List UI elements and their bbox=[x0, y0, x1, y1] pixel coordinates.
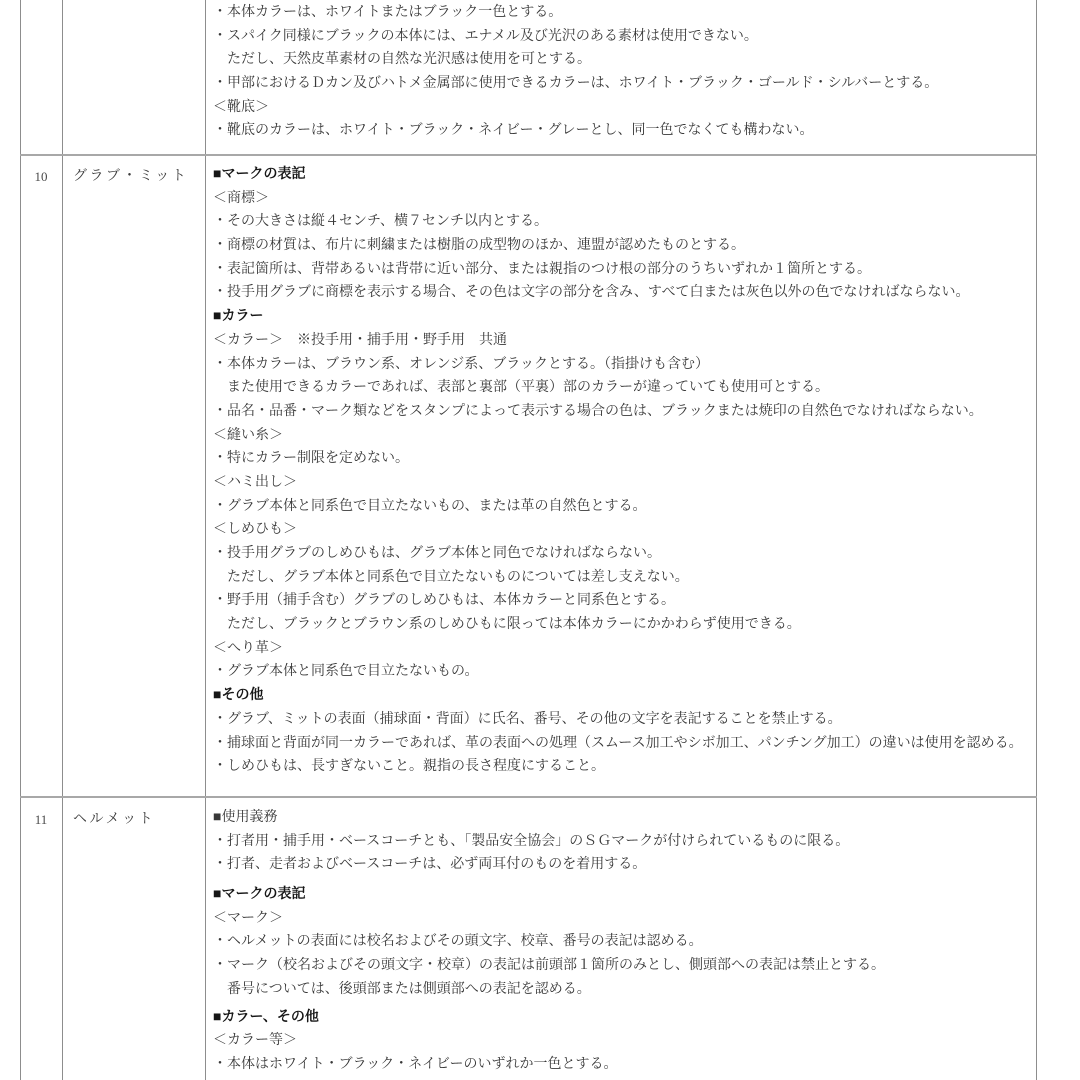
content-line: ＜縫い糸＞ bbox=[213, 424, 1035, 448]
content-line: ・商標の材質は、布片に刺繍または樹脂の成型物のほか、連盟が認めたものとする。 bbox=[213, 234, 1035, 258]
row-content: ・本体カラーは、ホワイトまたはブラック一色とする。・スパイク同様にブラックの本体… bbox=[213, 1, 1035, 143]
table-row-divider-top bbox=[20, 154, 1037, 156]
content-line: ＜商標＞ bbox=[213, 187, 1035, 211]
content-line: ■マークの表記 bbox=[213, 163, 1035, 187]
content-line: ただし、グラブ本体と同系色で目立たないものについては差し支えない。 bbox=[213, 566, 1035, 590]
content-line: ■その他 bbox=[213, 684, 1035, 708]
row-number: 11 bbox=[20, 808, 62, 832]
content-line: ＜カラー等＞ bbox=[213, 1029, 1035, 1053]
content-line: ＜へり革＞ bbox=[213, 637, 1035, 661]
content-line: ・グラブ、ミットの表面（捕球面・背面）に氏名、番号、その他の文字を表記することを… bbox=[213, 708, 1035, 732]
content-line: ・マーク（校名およびその頭文字・校章）の表記は前頭部１箇所のみとし、側頭部への表… bbox=[213, 954, 1035, 978]
row-item-name: ヘルメット bbox=[73, 808, 201, 832]
content-line: ・投手用グラブに商標を表示する場合、その色は文字の部分を含み、すべて白または灰色… bbox=[213, 281, 1035, 305]
content-line: ＜マーク＞ bbox=[213, 907, 1035, 931]
content-line: ・本体カラーは、ホワイトまたはブラック一色とする。 bbox=[213, 1, 1035, 25]
row-content: ■使用義務・打者用・捕手用・ベースコーチとも、「製品安全協会」のＳＧマークが付け… bbox=[213, 806, 1035, 1077]
content-line: 番号については、後頭部または側頭部への表記を認める。 bbox=[213, 978, 1035, 1002]
row-content: ■マークの表記＜商標＞・その大きさは縦４センチ、横７センチ以内とする。・商標の材… bbox=[213, 163, 1035, 779]
content-line: ・その大きさは縦４センチ、横７センチ以内とする。 bbox=[213, 210, 1035, 234]
content-line: ・本体はホワイト・ブラック・ネイビーのいずれか一色とする。 bbox=[213, 1053, 1035, 1077]
content-line: ・表記箇所は、背帯あるいは背帯に近い部分、または親指のつけ根の部分のうちいずれか… bbox=[213, 258, 1035, 282]
content-line: ・打者、走者およびベースコーチは、必ず両耳付のものを着用する。 bbox=[213, 853, 1035, 877]
content-line: ・特にカラー制限を定めない。 bbox=[213, 447, 1035, 471]
content-line: ＜カラー＞ ※投手用・捕手用・野手用 共通 bbox=[213, 329, 1035, 353]
content-line: ■カラー bbox=[213, 305, 1035, 329]
content-line: ＜ハミ出し＞ bbox=[213, 471, 1035, 495]
table-row-divider-bottom bbox=[20, 796, 1037, 798]
content-line: ただし、ブラックとブラウン系のしめひもに限っては本体カラーにかかわらず使用できる… bbox=[213, 613, 1035, 637]
content-line: ただし、天然皮革素材の自然な光沢感は使用を可とする。 bbox=[213, 48, 1035, 72]
table-border-left bbox=[20, 0, 21, 1080]
table-border-number-col bbox=[62, 0, 63, 1080]
content-line: ・捕球面と背面が同一カラーであれば、革の表面への処理（スムース加工やシボ加工、パ… bbox=[213, 732, 1035, 756]
content-line: また使用できるカラーであれば、表部と裏部（平裏）部のカラーが違っていても使用可と… bbox=[213, 376, 1035, 400]
row-number: 10 bbox=[20, 165, 62, 189]
content-line: ・靴底のカラーは、ホワイト・ブラック・ネイビー・グレーとし、同一色でなくても構わ… bbox=[213, 119, 1035, 143]
document-page: ・本体カラーは、ホワイトまたはブラック一色とする。・スパイク同様にブラックの本体… bbox=[0, 0, 1080, 1080]
content-line: ・スパイク同様にブラックの本体には、エナメル及び光沢のある素材は使用できない。 bbox=[213, 25, 1035, 49]
content-line: ＜しめひも＞ bbox=[213, 518, 1035, 542]
table-border-right bbox=[1036, 0, 1037, 1080]
content-line: ・しめひもは、長すぎないこと。親指の長さ程度にすること。 bbox=[213, 755, 1035, 779]
content-line: ■マークの表記 bbox=[213, 883, 1035, 907]
content-line: ・グラブ本体と同系色で目立たないもの。 bbox=[213, 660, 1035, 684]
row-item-name: グラブ・ミット bbox=[73, 165, 201, 189]
content-line: ・ヘルメットの表面には校名およびその頭文字、校章、番号の表記は認める。 bbox=[213, 930, 1035, 954]
content-line: ・打者用・捕手用・ベースコーチとも、「製品安全協会」のＳＧマークが付けられている… bbox=[213, 830, 1035, 854]
content-line: ・品名・品番・マーク類などをスタンプによって表示する場合の色は、ブラックまたは焼… bbox=[213, 400, 1035, 424]
content-line: ・投手用グラブのしめひもは、グラブ本体と同色でなければならない。 bbox=[213, 542, 1035, 566]
content-line: ＜靴底＞ bbox=[213, 96, 1035, 120]
content-line: ■使用義務 bbox=[213, 806, 1035, 830]
content-line: ・グラブ本体と同系色で目立たないもの、または革の自然色とする。 bbox=[213, 495, 1035, 519]
content-line: ■カラー、その他 bbox=[213, 1006, 1035, 1030]
content-line: ・甲部におけるＤカン及びハトメ金属部に使用できるカラーは、ホワイト・ブラック・ゴ… bbox=[213, 72, 1035, 96]
table-border-item-col bbox=[205, 0, 206, 1080]
content-line: ・本体カラーは、ブラウン系、オレンジ系、ブラックとする。（指掛けも含む） bbox=[213, 353, 1035, 377]
content-line: ・野手用（捕手含む）グラブのしめひもは、本体カラーと同系色とする。 bbox=[213, 589, 1035, 613]
